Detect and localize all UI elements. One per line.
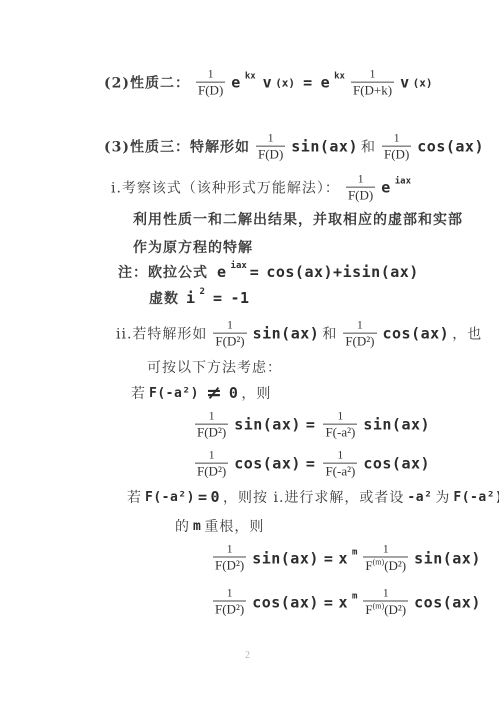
imaginary-unit-line: 虚数 i2 = -1	[149, 288, 250, 308]
F-neg-a2: F(-a²)	[453, 490, 499, 505]
e-symbol: e	[231, 74, 241, 92]
fraction-numerator: 1	[335, 450, 347, 463]
property-2-label: (2)性质二：	[104, 73, 190, 93]
fraction-numerator: 1	[391, 133, 403, 146]
sin-term: sin(ax)	[414, 549, 481, 567]
exponent-kx: kx	[334, 72, 345, 82]
zero-value: 0	[229, 384, 239, 402]
fraction-1-over-FDk: 1F(D+k)	[351, 69, 394, 98]
fraction-denominator: F(D²)	[213, 601, 246, 617]
fraction-denominator: F(m)(D²)	[363, 601, 408, 617]
equals-sign: =	[303, 74, 313, 92]
sin-term: sin(ax)	[234, 416, 301, 434]
fraction-denominator: F(D)	[346, 187, 375, 203]
F-neg-a2: F(-a²)	[149, 386, 199, 401]
equals-sign: =	[306, 416, 316, 434]
fraction-numerator: 1	[380, 587, 392, 600]
not-equal-sign: ≠	[206, 382, 222, 404]
cos-term: cos(ax)	[414, 593, 481, 611]
fraction-numerator: 1	[224, 544, 236, 557]
derivative-order-m: (m)	[373, 558, 385, 567]
method-intro-line: 可按以下方法考虑：	[147, 357, 282, 377]
cos-term: cos(ax)	[252, 593, 319, 611]
fraction-numerator: 1	[265, 133, 277, 146]
derivative-order-m: (m)	[373, 602, 385, 611]
fraction-denominator: F(D²)	[213, 557, 246, 573]
fraction-1-over-FD2: 1F(D²)	[213, 588, 246, 617]
case-zero-line: 若 F(-a²) = 0 ，则按 i.进行求解，或者设 -a² 为 F(-a²)	[127, 487, 499, 507]
method-intro-text: 可按以下方法考虑：	[147, 357, 282, 377]
fraction-denominator: F(D)	[382, 146, 411, 162]
exponent-m: m	[352, 547, 357, 557]
fraction-1-over-Fm-D2: 1F(m)(D²)	[363, 587, 408, 616]
m-root-post: 重根，则	[204, 516, 264, 536]
cos-term: cos(ax)	[234, 455, 301, 473]
D2-arg: (D²)	[384, 602, 406, 617]
fraction-numerator: 1	[224, 320, 236, 333]
e-symbol: e	[321, 74, 331, 92]
fraction-denominator: F(D+k)	[351, 82, 394, 98]
fraction-denominator: F(D)	[256, 146, 285, 162]
m-root-pre: 的	[175, 516, 190, 536]
fraction-1-over-F-neg-a2: 1F(-a²)	[323, 450, 357, 479]
fraction-1-over-FD2: 1F(D²)	[213, 320, 246, 349]
step-i-label: i.考察该式（该种形式万能解法）：	[111, 178, 340, 198]
cos-term: cos(ax)	[383, 325, 450, 343]
formula-sin-nonzero: 1F(D²) sin(ax) = 1F(-a²) sin(ax)	[192, 411, 430, 440]
equals-sign: =	[306, 455, 316, 473]
fraction-1-over-Fm-D2: 1F(m)(D²)	[363, 543, 408, 572]
fraction-1-over-FD2: 1F(D²)	[195, 450, 228, 479]
imaginary-label: 虚数	[149, 288, 179, 308]
x-symbol: x	[338, 593, 348, 611]
fraction-denominator: F(-a²)	[323, 424, 357, 440]
property-3-label: (3)性质三：特解形如	[104, 137, 250, 157]
fraction-denominator: F(D²)	[343, 333, 376, 349]
fraction-denominator: F(D²)	[195, 424, 228, 440]
page-number: 2	[245, 650, 250, 661]
explanation-text: 利用性质一和二解出结果，并取相应的虚部和实部	[133, 209, 463, 229]
fraction-numerator: 1	[354, 320, 366, 333]
m-symbol: m	[193, 519, 201, 534]
note-euler-line: 注：欧拉公式 eiax = cos(ax)+isin(ax)	[118, 262, 419, 282]
case-zero-text: ，则按 i.进行求解，或者设	[223, 487, 404, 507]
fraction-numerator: 1	[355, 174, 367, 187]
case-nonzero-line: 若 F(-a²) ≠ 0 ，则	[131, 382, 271, 404]
equals-sign: =	[213, 289, 223, 307]
property-3-line: (3)性质三：特解形如 1F(D) sin(ax) 和 1F(D) cos(ax…	[104, 133, 484, 162]
fraction-denominator: F(D²)	[213, 333, 246, 349]
euler-rhs: cos(ax)+isin(ax)	[266, 263, 419, 281]
v-symbol: v	[263, 74, 273, 92]
explanation-text: 作为原方程的特解	[133, 237, 253, 257]
equals-sign: =	[250, 263, 260, 281]
fraction-numerator: 1	[335, 411, 347, 424]
fraction-numerator: 1	[367, 69, 379, 82]
exponent-iax: iax	[395, 177, 411, 187]
formula-sin-zero: 1F(D²) sin(ax) = xm 1F(m)(D²) sin(ax)	[210, 543, 481, 572]
fraction-numerator: 1	[224, 588, 236, 601]
fraction-1-over-F-neg-a2: 1F(-a²)	[323, 411, 357, 440]
minus-one: -1	[230, 289, 249, 307]
fraction-denominator: F(D²)	[195, 463, 228, 479]
F-symbol: F	[365, 602, 372, 617]
fraction-numerator: 1	[206, 411, 218, 424]
exponent-m: m	[352, 591, 357, 601]
sin-term: sin(ax)	[252, 549, 319, 567]
document-page: (2)性质二： 1F(D) ekx v(x) = ekx 1F(D+k) v(x…	[0, 0, 499, 707]
e-symbol: e	[381, 179, 391, 197]
as-word: 为	[435, 487, 450, 507]
v-symbol: v	[400, 74, 410, 92]
fraction-1-over-FD2: 1F(D²)	[213, 544, 246, 573]
cos-term: cos(ax)	[363, 455, 430, 473]
equals-sign: =	[198, 488, 208, 506]
equals-sign: =	[324, 549, 334, 567]
step-ii-label: ii.若特解形如	[116, 324, 207, 344]
e-symbol: e	[217, 263, 227, 281]
zero-value: 0	[211, 488, 221, 506]
exponent-kx: kx	[245, 72, 256, 82]
fraction-numerator: 1	[206, 450, 218, 463]
property-2-line: (2)性质二： 1F(D) ekx v(x) = ekx 1F(D+k) v(x…	[104, 69, 432, 98]
and-word: 和	[361, 137, 376, 157]
fraction-denominator: F(D)	[196, 82, 225, 98]
explanation-line-1: 利用性质一和二解出结果，并取相应的虚部和实部	[133, 209, 463, 229]
equals-sign: =	[324, 593, 334, 611]
fraction-numerator: 1	[205, 69, 217, 82]
x-symbol: x	[338, 549, 348, 567]
formula-cos-nonzero: 1F(D²) cos(ax) = 1F(-a²) cos(ax)	[192, 450, 430, 479]
formula-cos-zero: 1F(D²) cos(ax) = xm 1F(m)(D²) cos(ax)	[210, 587, 481, 616]
exponent-2: 2	[200, 287, 205, 297]
fraction-1-over-FD2: 1F(D²)	[195, 411, 228, 440]
fraction-1-over-FD: 1F(D)	[382, 133, 411, 162]
and-word: 和	[322, 324, 337, 344]
note-label: 注：欧拉公式	[118, 262, 208, 282]
exponent-iax: iax	[231, 261, 247, 271]
if-word: 若	[131, 383, 146, 403]
fraction-denominator: F(m)(D²)	[363, 557, 408, 573]
explanation-line-2: 作为原方程的特解	[133, 237, 253, 257]
step-ii-line: ii.若特解形如 1F(D²) sin(ax) 和 1F(D²) cos(ax)…	[116, 320, 482, 349]
fraction-numerator: 1	[380, 543, 392, 556]
fraction-1-over-FD: 1F(D)	[196, 69, 225, 98]
fraction-1-over-FD: 1F(D)	[256, 133, 285, 162]
if-word: 若	[127, 487, 142, 507]
fraction-1-over-FD: 1F(D)	[346, 174, 375, 203]
v-arg: (x)	[275, 76, 295, 89]
cos-term: cos(ax)	[417, 138, 484, 156]
sin-term: sin(ax)	[291, 138, 358, 156]
i-symbol: i	[186, 289, 196, 307]
D2-arg: (D²)	[384, 558, 406, 573]
step-i-line: i.考察该式（该种形式万能解法）： 1F(D) eiax	[111, 174, 411, 203]
F-neg-a2: F(-a²)	[145, 490, 195, 505]
tail-text: ，也	[452, 324, 482, 344]
v-arg: (x)	[413, 76, 433, 89]
m-root-line: 的 m 重根，则	[175, 516, 264, 536]
sin-term: sin(ax)	[253, 325, 320, 343]
sin-term: sin(ax)	[363, 416, 430, 434]
fraction-1-over-FD2: 1F(D²)	[343, 320, 376, 349]
F-symbol: F	[365, 558, 372, 573]
fraction-denominator: F(-a²)	[323, 463, 357, 479]
then-word: ，则	[241, 383, 271, 403]
neg-a2-symbol: -a²	[407, 490, 432, 505]
